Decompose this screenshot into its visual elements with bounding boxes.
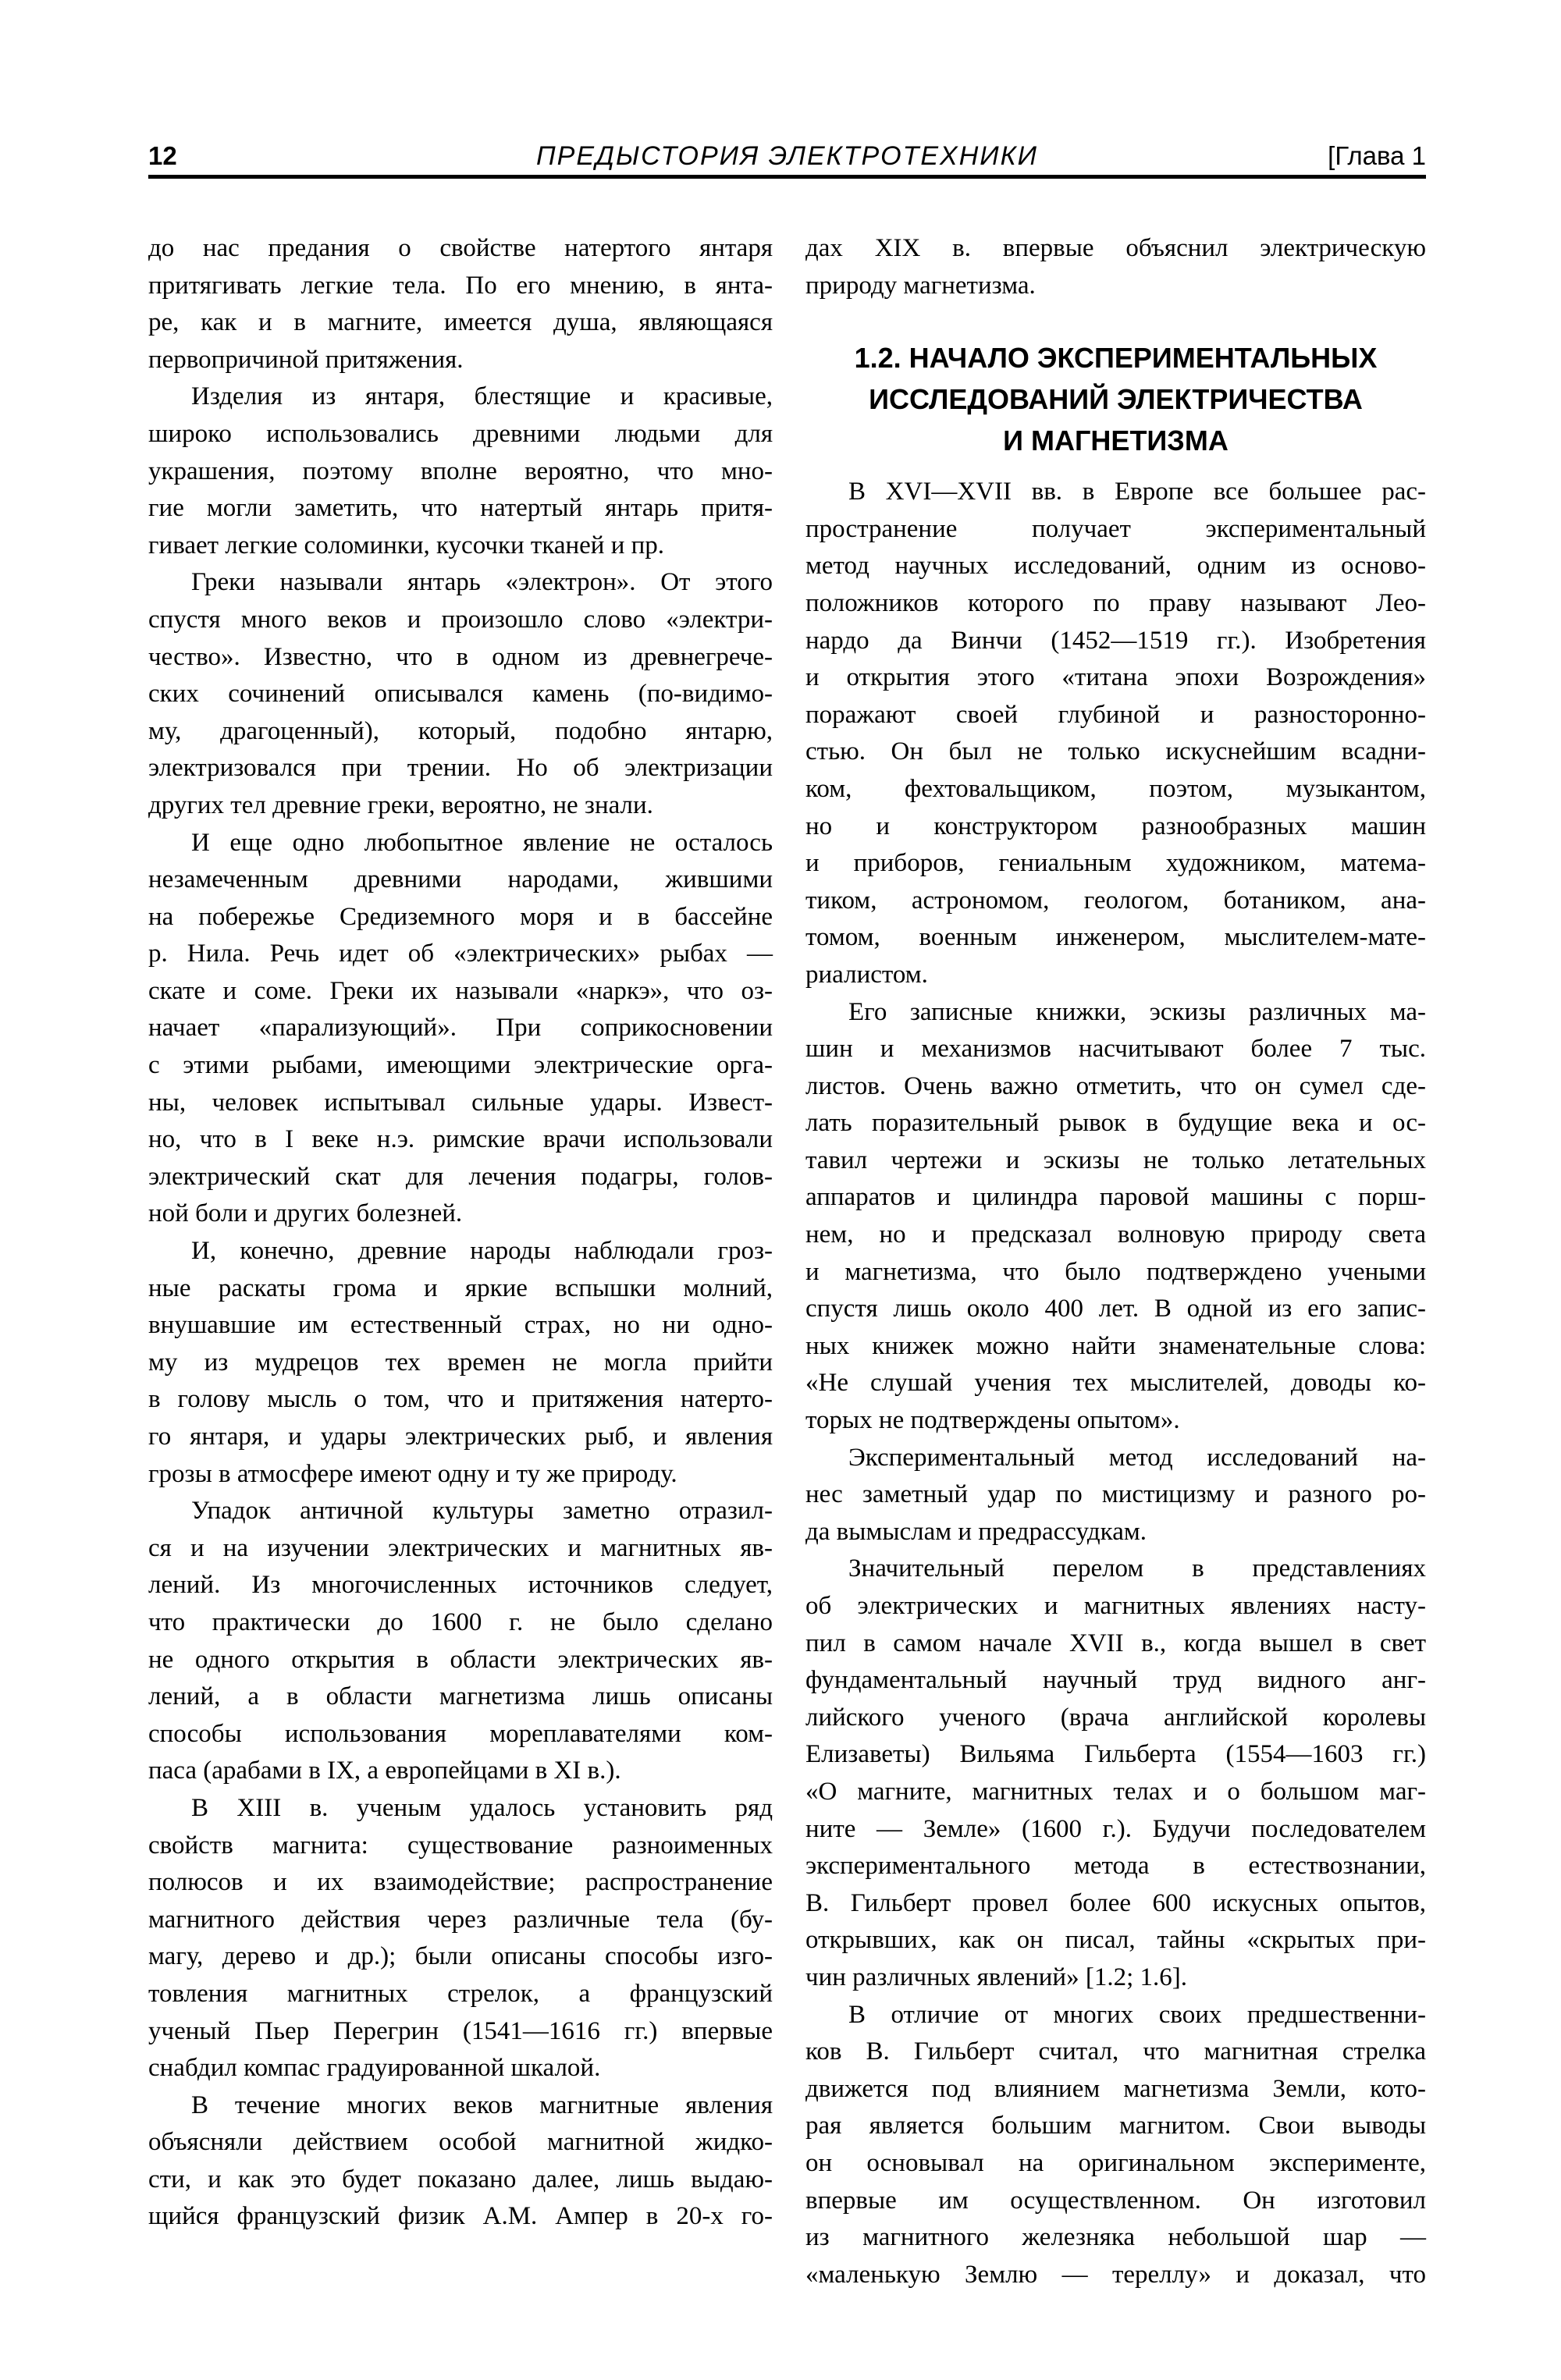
- paragraph: Изделия из янтаря, блестящие и красивые,…: [148, 378, 773, 564]
- section-heading: 1.2. НАЧАЛО ЭКСПЕРИМЕНТАЛЬНЫХИССЛЕДОВАНИ…: [805, 337, 1426, 461]
- text-line: свойств магнита: существование разноимен…: [148, 1828, 773, 1865]
- text-line: Его записные книжки, эскизы различных ма…: [805, 994, 1426, 1032]
- text-line: «Не слушай учения тех мыслителей, доводы…: [805, 1365, 1426, 1402]
- text-line: го янтаря, и удары электрических рыб, и …: [148, 1419, 773, 1456]
- text-line: торых не подтверждены опытом».: [805, 1402, 1426, 1440]
- text-line: тиком, астрономом, геологом, ботаником, …: [805, 883, 1426, 920]
- text-line: лийского ученого (врача английской корол…: [805, 1700, 1426, 1737]
- text-line: ся и на изучении электрических и магнитн…: [148, 1530, 773, 1568]
- paragraph: И, конечно, древние народы наблюдали гро…: [148, 1233, 773, 1493]
- paragraph: В XVI—XVII вв. в Европе все большее рас-…: [805, 474, 1426, 993]
- text-column-right: дах XIX в. впервые объяснил электрическу…: [805, 230, 1426, 2293]
- text-line: В. Гильберт провел более 600 искусных оп…: [805, 1885, 1426, 1923]
- text-line: спустя много веков и произошло слово «эл…: [148, 602, 773, 639]
- chapter-marker: [Глава 1: [1328, 143, 1426, 169]
- text-line: пространение получает экспериментальный: [805, 511, 1426, 549]
- text-line: ните — Земле» (1600 г.). Будучи последов…: [805, 1811, 1426, 1849]
- text-line: нес заметный удар по мистицизму и разног…: [805, 1476, 1426, 1514]
- text-line: полюсов и их взаимодействие; распростран…: [148, 1864, 773, 1902]
- text-line: 1.2. НАЧАЛО ЭКСПЕРИМЕНТАЛЬНЫХ: [805, 337, 1426, 378]
- text-line: с этими рыбами, имеющими электрические о…: [148, 1047, 773, 1085]
- text-line: и магнетизма, что было подтверждено учен…: [805, 1254, 1426, 1291]
- text-line: Греки называли янтарь «электрон». От это…: [148, 564, 773, 602]
- text-line: лать поразительный рывок в будущие века …: [805, 1105, 1426, 1142]
- text-line: что практически до 1600 г. не было сдела…: [148, 1604, 773, 1642]
- text-line: широко использовались древними людьми дл…: [148, 416, 773, 453]
- text-line: шин и механизмов насчитывают более 7 тыс…: [805, 1031, 1426, 1068]
- text-line: в голову мысль о том, что и притяжения н…: [148, 1381, 773, 1419]
- text-line: чество». Известно, что в одном из древне…: [148, 639, 773, 677]
- text-column-left: до нас предания о свойстве натертого янт…: [148, 230, 773, 2236]
- text-line: «маленькую Землю — тереллу» и доказал, ч…: [805, 2257, 1426, 2294]
- text-line: ре, как и в магните, имеется душа, являю…: [148, 304, 773, 342]
- text-line: магу, дерево и др.); были описаны способ…: [148, 1938, 773, 1976]
- text-line: поражают своей глубиной и разносторонно-: [805, 697, 1426, 734]
- text-line: стью. Он был не только искуснейшим всадн…: [805, 734, 1426, 771]
- text-line: ны, человек испытывал сильные удары. Изв…: [148, 1085, 773, 1122]
- text-line: и открытия этого «титана эпохи Возрожден…: [805, 659, 1426, 697]
- text-line: В XIII в. ученым удалось установить ряд: [148, 1790, 773, 1828]
- header-rule: [148, 175, 1426, 179]
- text-line: и приборов, гениальным художником, матем…: [805, 845, 1426, 883]
- text-line: природу магнетизма.: [805, 268, 1426, 305]
- text-line: способы использования мореплавателями ко…: [148, 1716, 773, 1753]
- text-line: не одного открытия в области электрическ…: [148, 1642, 773, 1679]
- text-line: И МАГНЕТИЗМА: [805, 420, 1426, 461]
- text-line: товления магнитных стрелок, а французски…: [148, 1976, 773, 2013]
- paragraph: В отличие от многих своих предшественни-…: [805, 1997, 1426, 2294]
- text-line: ные раскаты грома и яркие вспышки молний…: [148, 1270, 773, 1308]
- text-line: лений, а в области магнетизма лишь описа…: [148, 1678, 773, 1716]
- text-line: гие могли заметить, что натертый янтарь …: [148, 490, 773, 528]
- text-line: «О магните, магнитных телах и о большом …: [805, 1774, 1426, 1811]
- text-line: В XVI—XVII вв. в Европе все большее рас-: [805, 474, 1426, 511]
- text-line: экспериментального метода в естествознан…: [805, 1848, 1426, 1885]
- text-line: скате и соме. Греки их называли «наркэ»,…: [148, 973, 773, 1011]
- text-line: внушавшие им естественный страх, но ни о…: [148, 1307, 773, 1345]
- text-line: первопричиной притяжения.: [148, 342, 773, 379]
- paragraph: Экспериментальный метод исследований на-…: [805, 1440, 1426, 1551]
- text-line: электризовался при трении. Но об электри…: [148, 750, 773, 787]
- text-line: паса (арабами в IX, а европейцами в XI в…: [148, 1753, 773, 1790]
- text-line: украшения, поэтому вполне вероятно, что …: [148, 453, 773, 491]
- text-line: ных книжек можно найти знаменательные сл…: [805, 1328, 1426, 1366]
- text-line: движется под влиянием магнетизма Земли, …: [805, 2071, 1426, 2108]
- text-line: В отличие от многих своих предшественни-: [805, 1997, 1426, 2034]
- text-line: томом, военным инженером, мыслителем-мат…: [805, 919, 1426, 957]
- text-line: рая является большим магнитом. Свои выво…: [805, 2108, 1426, 2145]
- text-line: притягивать легкие тела. По его мнению, …: [148, 268, 773, 305]
- text-line: магнитного действия через различные тела…: [148, 1902, 773, 1939]
- text-line: дах XIX в. впервые объяснил электрическу…: [805, 230, 1426, 268]
- text-line: объясняли действием особой магнитной жид…: [148, 2124, 773, 2162]
- text-line: щийся французский физик А.М. Ампер в 20-…: [148, 2198, 773, 2236]
- text-line: ученый Пьер Перегрин (1541—1616 гг.) впе…: [148, 2013, 773, 2051]
- running-title: ПРЕДЫСТОРИЯ ЭЛЕКТРОТЕХНИКИ: [148, 143, 1426, 169]
- text-line: из магнитного железняка небольшой шар —: [805, 2219, 1426, 2257]
- book-page: 12 ПРЕДЫСТОРИЯ ЭЛЕКТРОТЕХНИКИ [Глава 1 д…: [0, 0, 1561, 2380]
- text-line: ком, фехтовальщиком, поэтом, музыкантом,: [805, 771, 1426, 808]
- paragraph: дах XIX в. впервые объяснил электрическу…: [805, 230, 1426, 304]
- text-line: но, что в I веке н.э. римские врачи испо…: [148, 1121, 773, 1159]
- paragraph: Греки называли янтарь «электрон». От это…: [148, 564, 773, 824]
- text-line: лений. Из многочисленных источников след…: [148, 1567, 773, 1604]
- text-line: Изделия из янтаря, блестящие и красивые,: [148, 378, 773, 416]
- text-line: ков В. Гильберт считал, что магнитная ст…: [805, 2034, 1426, 2071]
- text-line: до нас предания о свойстве натертого янт…: [148, 230, 773, 268]
- paragraph: В XIII в. ученым удалось установить рядс…: [148, 1790, 773, 2087]
- text-line: гивает легкие соломинки, кусочки тканей …: [148, 528, 773, 565]
- text-line: тавил чертежи и эскизы не только летател…: [805, 1142, 1426, 1180]
- text-line: грозы в атмосфере имеют одну и ту же при…: [148, 1456, 773, 1494]
- text-line: р. Нила. Речь идет об «электрических» ры…: [148, 936, 773, 973]
- text-line: да вымыслам и предрассудкам.: [805, 1514, 1426, 1551]
- paragraph: И еще одно любопытное явление не осталос…: [148, 825, 773, 1234]
- paragraph: Упадок античной культуры заметно отразил…: [148, 1493, 773, 1790]
- text-line: Упадок античной культуры заметно отразил…: [148, 1493, 773, 1530]
- text-line: он основывал на оригинальном эксперимент…: [805, 2145, 1426, 2183]
- text-line: ИССЛЕДОВАНИЙ ЭЛЕКТРИЧЕСТВА: [805, 378, 1426, 420]
- text-line: электрический скат для лечения подагры, …: [148, 1159, 773, 1196]
- text-line: начает «парализующий». При соприкосновен…: [148, 1010, 773, 1047]
- paragraph: В течение многих веков магнитные явления…: [148, 2087, 773, 2236]
- text-line: ной боли и других болезней.: [148, 1195, 773, 1233]
- paragraph: до нас предания о свойстве натертого янт…: [148, 230, 773, 378]
- text-line: нардо да Винчи (1452—1519 гг.). Изобрете…: [805, 623, 1426, 660]
- text-line: на побережье Средиземного моря и в бассе…: [148, 899, 773, 936]
- text-line: впервые им осуществленном. Он изготовил: [805, 2183, 1426, 2220]
- text-line: аппаратов и цилиндра паровой машины с по…: [805, 1179, 1426, 1217]
- text-line: метод научных исследований, одним из осн…: [805, 548, 1426, 585]
- text-line: И, конечно, древние народы наблюдали гро…: [148, 1233, 773, 1270]
- text-line: му из мудрецов тех времен не могла прийт…: [148, 1345, 773, 1382]
- text-line: Елизаветы) Вильяма Гильберта (1554—1603 …: [805, 1736, 1426, 1774]
- text-line: Экспериментальный метод исследований на-: [805, 1440, 1426, 1477]
- text-line: риалистом.: [805, 957, 1426, 994]
- text-line: сти, и как это будет показано далее, лиш…: [148, 2162, 773, 2199]
- text-line: Значительный перелом в представлениях: [805, 1551, 1426, 1588]
- text-line: об электрических и магнитных явлениях на…: [805, 1588, 1426, 1625]
- text-line: спустя лишь около 400 лет. В одной из ег…: [805, 1291, 1426, 1328]
- paragraph: Значительный перелом в представленияхоб …: [805, 1551, 1426, 1996]
- paragraph: Его записные книжки, эскизы различных ма…: [805, 994, 1426, 1440]
- text-line: му, драгоценный), который, подобно янтар…: [148, 713, 773, 751]
- text-line: фундаментальный научный труд видного анг…: [805, 1662, 1426, 1700]
- text-line: положников которого по праву называют Ле…: [805, 585, 1426, 623]
- text-line: нем, но и предсказал волновую природу св…: [805, 1217, 1426, 1254]
- text-line: открывших, как он писал, тайны «скрытых …: [805, 1922, 1426, 1959]
- text-line: пил в самом начале XVII в., когда вышел …: [805, 1625, 1426, 1663]
- text-line: снабдил компас градуированной шкалой.: [148, 2050, 773, 2087]
- text-line: незамеченным древними народами, жившими: [148, 861, 773, 899]
- text-line: чин различных явлений» [1.2; 1.6].: [805, 1959, 1426, 1997]
- running-head: 12 ПРЕДЫСТОРИЯ ЭЛЕКТРОТЕХНИКИ [Глава 1: [148, 143, 1426, 174]
- text-line: В течение многих веков магнитные явления: [148, 2087, 773, 2125]
- text-line: но и конструктором разнообразных машин: [805, 808, 1426, 846]
- text-line: ских сочинений описывался камень (по-вид…: [148, 676, 773, 713]
- text-line: листов. Очень важно отметить, что он сум…: [805, 1068, 1426, 1106]
- text-line: других тел древние греки, вероятно, не з…: [148, 787, 773, 825]
- text-line: И еще одно любопытное явление не осталос…: [148, 825, 773, 862]
